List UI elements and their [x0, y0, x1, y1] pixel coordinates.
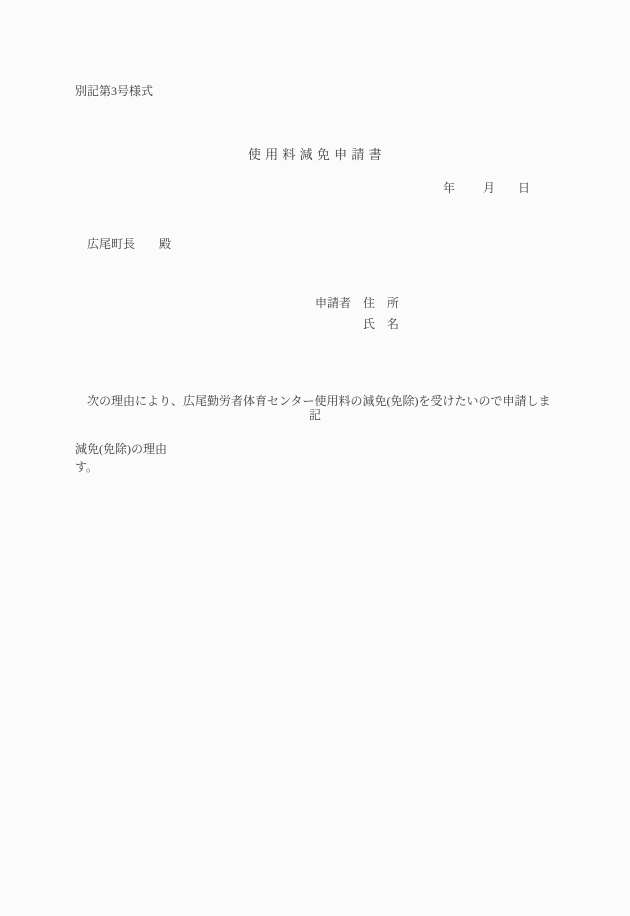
applicant-address-line: 申請者 住 所	[315, 294, 399, 311]
notation-ki: 記	[0, 406, 630, 423]
form-number: 別記第3号様式	[75, 82, 153, 99]
application-form-page: 別記第3号様式 使 用 料 減 免 申 請 書 年 月 日 広尾町長 殿 申請者…	[0, 0, 630, 916]
date-line: 年 月 日	[0, 179, 630, 195]
date-year-label: 年	[443, 179, 455, 196]
document-title: 使 用 料 減 免 申 請 書	[0, 144, 630, 163]
date-month-label: 月	[483, 179, 495, 196]
reason-label: 減免(免除)の理由	[75, 440, 167, 457]
applicant-name-line: 氏 名	[363, 315, 399, 332]
body-paragraph: 次の理由により、広尾勤労者体育センター使用料の減免(免除)を受けたいので申請しま…	[75, 346, 585, 522]
date-day-label: 日	[518, 179, 530, 196]
addressee-line: 広尾町長 殿	[87, 235, 171, 252]
body-paragraph-line-2: す。	[75, 456, 585, 478]
